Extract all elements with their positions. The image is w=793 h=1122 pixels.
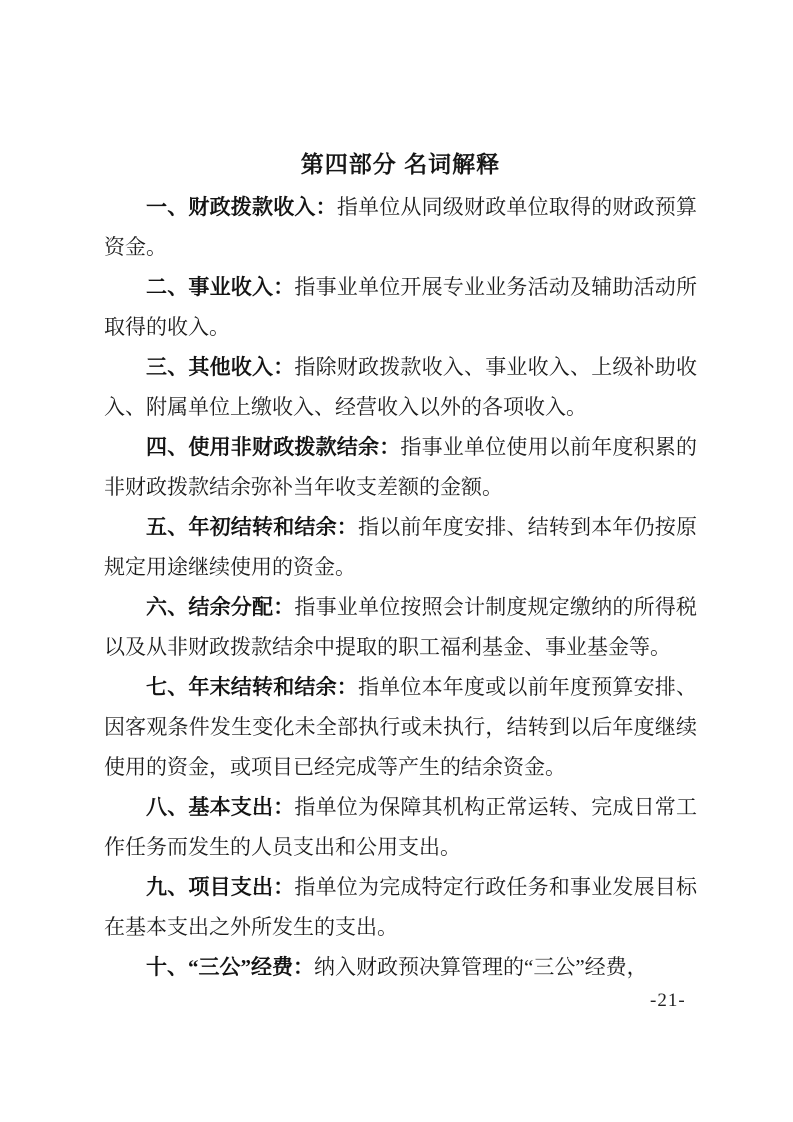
- term-label: 九、项目支出：: [146, 875, 294, 899]
- term-label: 四、使用非财政拨款结余：: [146, 435, 400, 459]
- glossary-paragraph: 十、“三公”经费：纳入财政预决算管理的“三公”经费，: [104, 947, 697, 987]
- glossary-paragraph: 三、其他收入：指除财政拨款收入、事业收入、上级补助收入、附属单位上缴收入、经营收…: [104, 347, 697, 427]
- glossary-paragraph: 九、项目支出：指单位为完成特定行政任务和事业发展目标在基本支出之外所发生的支出。: [104, 867, 697, 947]
- document-page: 第四部分 名词解释 一、财政拨款收入：指单位从同级财政单位取得的财政预算资金。 …: [0, 0, 793, 1122]
- term-label: 十、“三公”经费：: [146, 955, 314, 979]
- term-label: 六、结余分配：: [146, 595, 294, 619]
- term-label: 五、年初结转和结余：: [146, 515, 358, 539]
- page-number: -21-: [650, 990, 686, 1012]
- glossary-paragraph: 五、年初结转和结余：指以前年度安排、结转到本年仍按原规定用途继续使用的资金。: [104, 507, 697, 587]
- glossary-paragraph: 一、财政拨款收入：指单位从同级财政单位取得的财政预算资金。: [104, 187, 697, 267]
- term-label: 七、年末结转和结余：: [146, 675, 358, 699]
- page-title: 第四部分 名词解释: [104, 149, 697, 179]
- term-definition: 纳入财政预决算管理的“三公”经费，: [314, 955, 648, 979]
- glossary-paragraph: 四、使用非财政拨款结余：指事业单位使用以前年度积累的非财政拨款结余弥补当年收支差…: [104, 427, 697, 507]
- glossary-paragraph: 六、结余分配：指事业单位按照会计制度规定缴纳的所得税以及从非财政拨款结余中提取的…: [104, 587, 697, 667]
- term-label: 八、基本支出：: [146, 795, 294, 819]
- term-label: 二、事业收入：: [146, 275, 294, 299]
- glossary-paragraph: 八、基本支出：指单位为保障其机构正常运转、完成日常工作任务而发生的人员支出和公用…: [104, 787, 697, 867]
- term-label: 三、其他收入：: [146, 355, 294, 379]
- term-label: 一、财政拨款收入：: [146, 195, 337, 219]
- glossary-paragraph: 七、年末结转和结余：指单位本年度或以前年度预算安排、因客观条件发生变化未全部执行…: [104, 667, 697, 787]
- document-content: 第四部分 名词解释 一、财政拨款收入：指单位从同级财政单位取得的财政预算资金。 …: [104, 149, 697, 987]
- glossary-paragraph: 二、事业收入：指事业单位开展专业业务活动及辅助活动所取得的收入。: [104, 267, 697, 347]
